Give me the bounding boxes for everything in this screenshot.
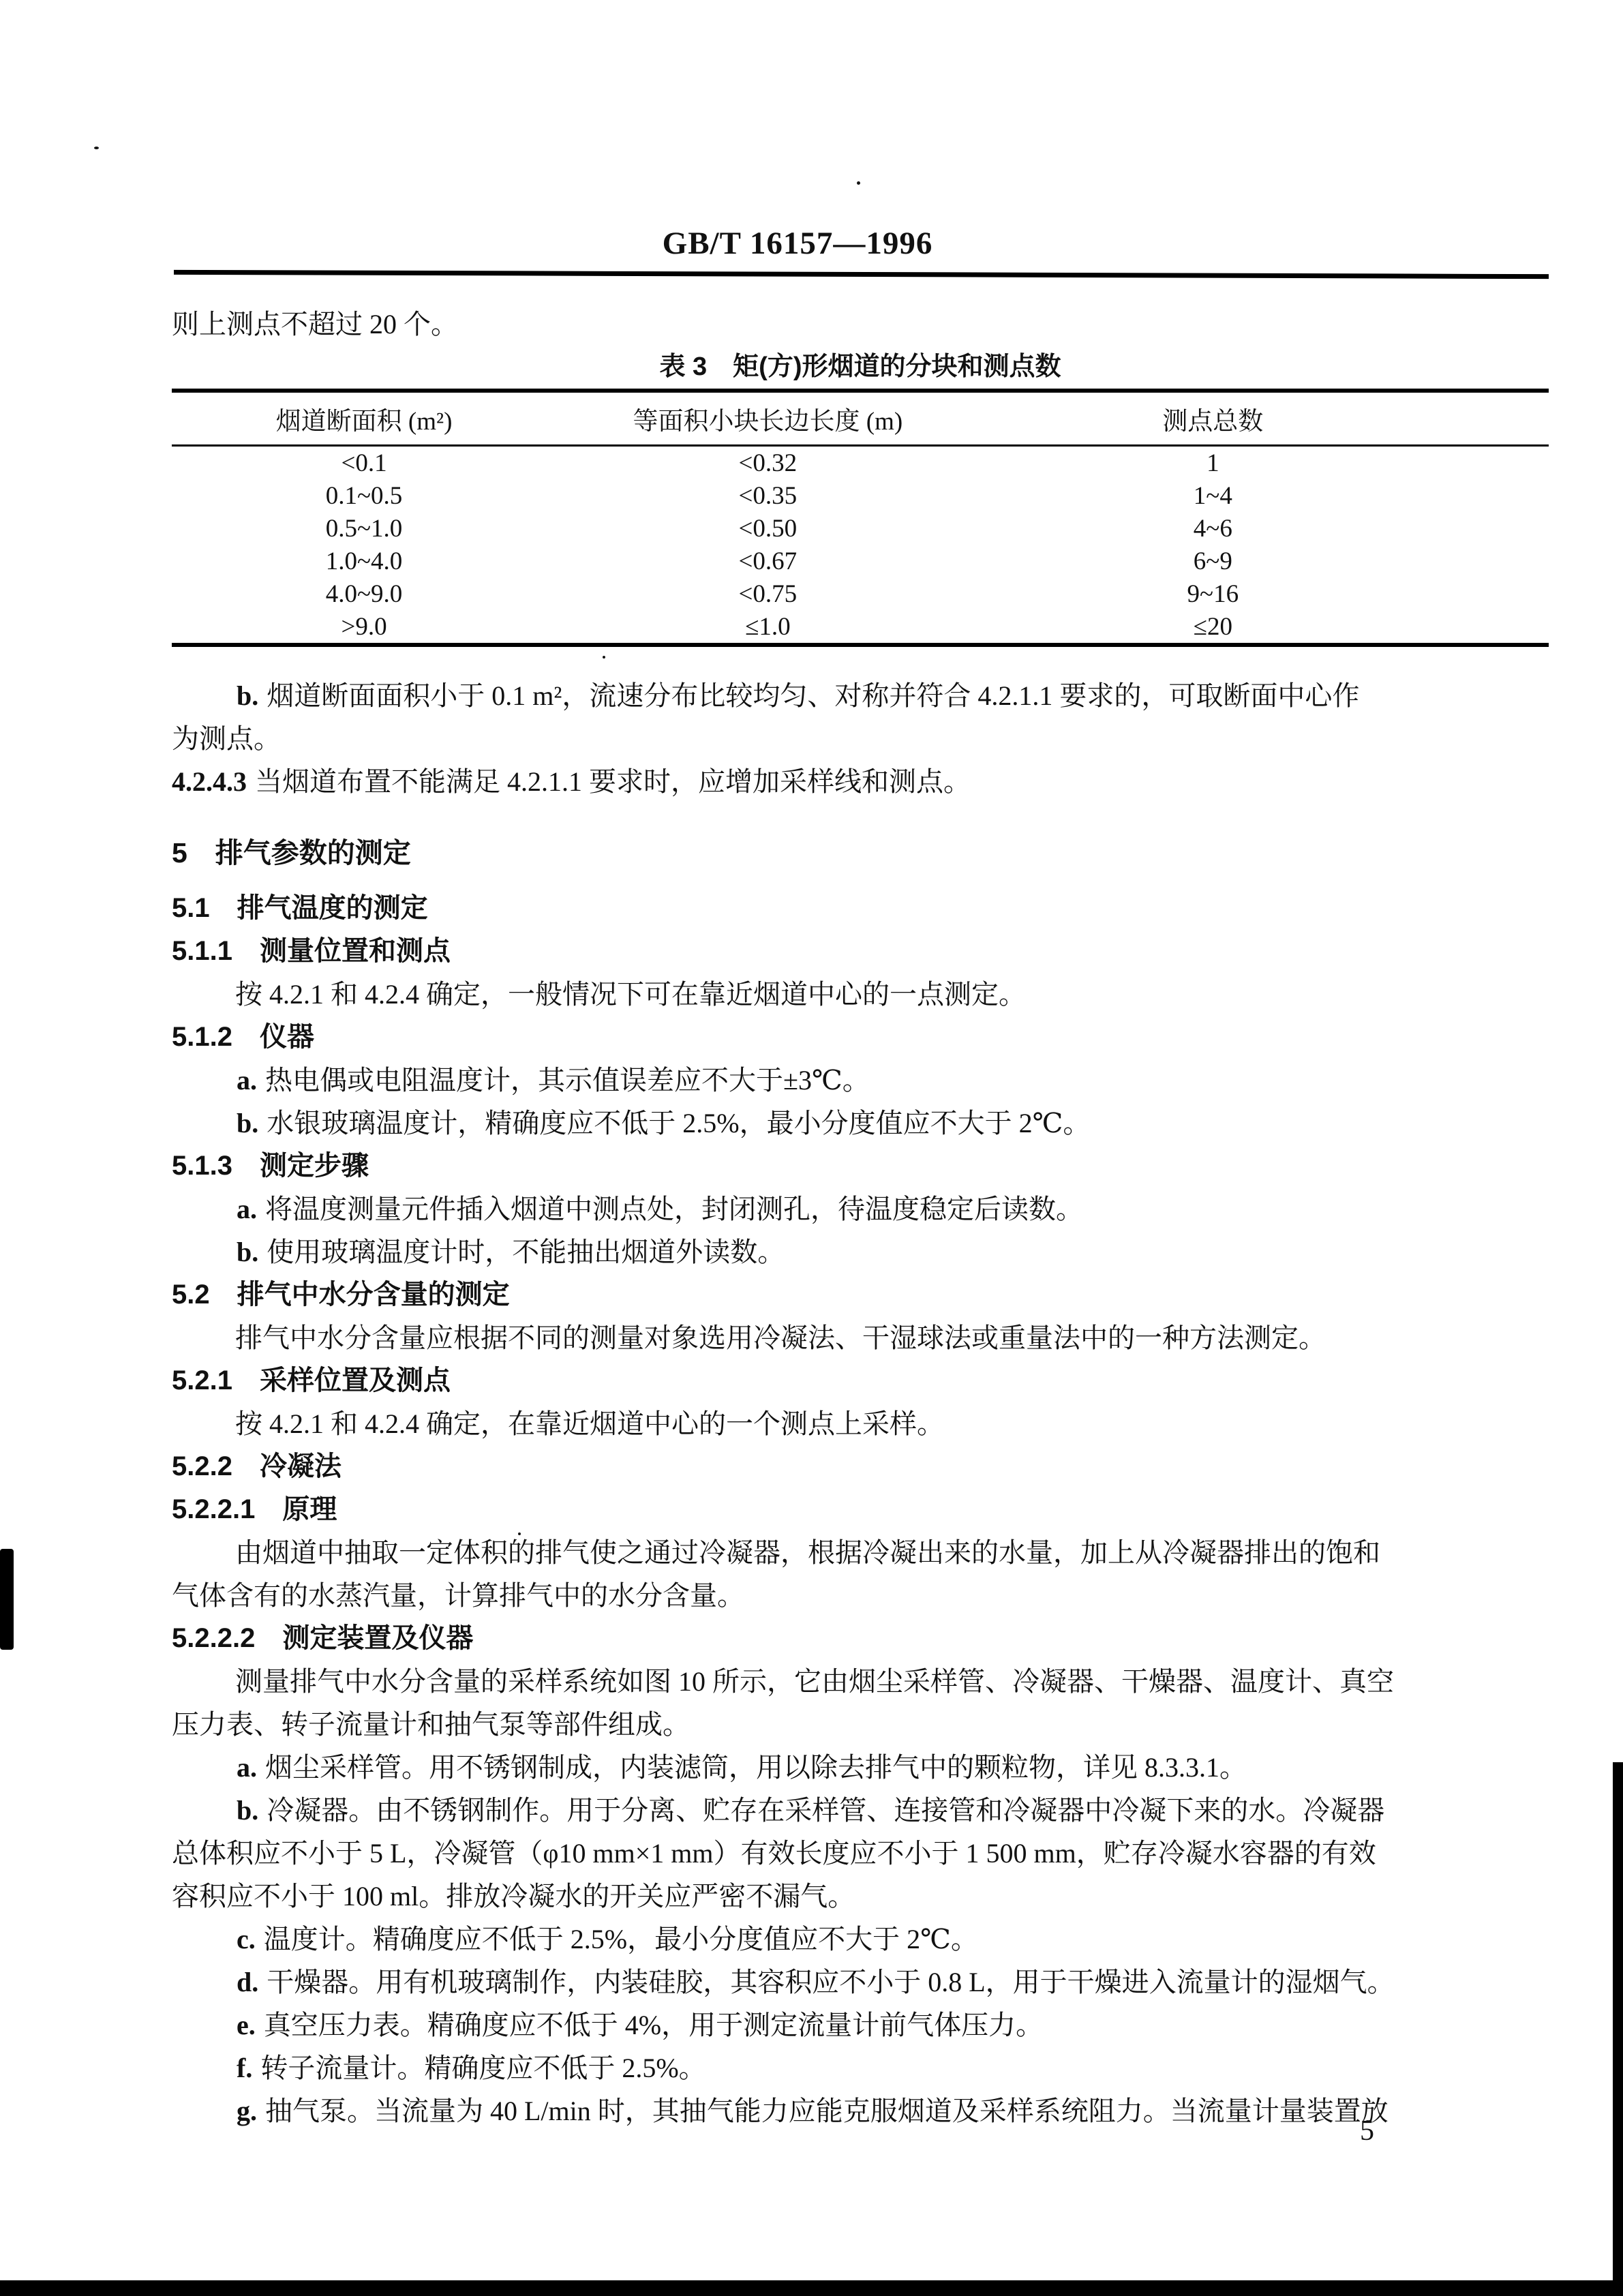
header-rule	[174, 270, 1549, 279]
standard-number-header: GB/T 16157—1996	[0, 225, 1595, 262]
text-run: 5.2.2.2 测定装置及仪器	[172, 1623, 473, 1653]
scan-speck	[94, 147, 99, 149]
text-line: 总体积应不小于 5 L，冷凝管（φ10 mm×1 mm）有效长度应不小于 1 5…	[172, 1832, 1549, 1875]
text-line: 容积应不小于 100 ml。排放冷凝水的开关应严密不漏气。	[172, 1875, 1549, 1918]
clause-label: g.	[237, 2096, 257, 2126]
table-cell: 9~16	[980, 577, 1549, 610]
table-cell: 1	[980, 446, 1549, 480]
clause-label: 4.2.4.3	[172, 766, 247, 797]
text-line: 5.2.1 采样位置及测点	[172, 1359, 1549, 1402]
text-run: 转子流量计。精确度应不低于 2.5%。	[260, 2053, 706, 2083]
text-line: e.真空压力表。精确度应不低于 4%，用于测定流量计前气体压力。	[172, 2004, 1549, 2046]
text-run: 5.1.1 测量位置和测点	[172, 936, 451, 966]
text-line: b.水银玻璃温度计，精确度应不低于 2.5%，最小分度值应不大于 2℃。	[172, 1102, 1549, 1145]
text-run: 按 4.2.1 和 4.2.4 确定，在靠近烟道中心的一个测点上采样。	[235, 1408, 944, 1439]
text-run: 则上测点不超过 20 个。	[172, 309, 458, 339]
pre-table-text: 则上测点不超过 20 个。	[172, 303, 1549, 346]
scan-artifact-bottom-bar	[0, 2280, 1623, 2296]
text-run: 干燥器。用有机玻璃制作，内装硅胶，其容积应不小于 0.8 L，用于干燥进入流量计…	[267, 1967, 1394, 1997]
text-line: c.温度计。精确度应不低于 2.5%，最小分度值应不大于 2℃。	[172, 1918, 1549, 1961]
text-run: 由烟道中抽取一定体积的排气使之通过冷凝器，根据冷凝出来的水量，加上从冷凝器排出的…	[235, 1537, 1380, 1568]
measurement-points-table: 烟道断面积 (m²)等面积小块长边长度 (m)测点总数 <0.1<0.3210.…	[172, 389, 1549, 647]
table-cell: 4~6	[980, 512, 1549, 545]
text-run: 烟道断面面积小于 0.1 m²，流速分布比较均匀、对称并符合 4.2.1.1 要…	[267, 680, 1359, 711]
clause-label: a.	[237, 1065, 257, 1096]
table-body: <0.1<0.3210.1~0.5<0.351~40.5~1.0<0.504~6…	[172, 446, 1549, 646]
table-header-row: 烟道断面积 (m²)等面积小块长边长度 (m)测点总数	[172, 391, 1549, 446]
scan-artifact-right-bar	[1613, 1762, 1623, 2296]
text-line: 5.2.2.2 测定装置及仪器	[172, 1617, 1549, 1660]
clause-label: a.	[237, 1194, 257, 1224]
text-run: 5.2 排气中水分含量的测定	[172, 1280, 510, 1310]
text-run: 5 排气参数的测定	[172, 837, 411, 868]
text-run: 使用玻璃温度计时，不能抽出烟道外读数。	[267, 1237, 785, 1267]
text-run: 5.1.3 测定步骤	[172, 1151, 369, 1181]
table-cell: <0.35	[556, 479, 980, 512]
text-line: 5.2.2.1 原理	[172, 1488, 1549, 1531]
text-line: 5.2.2 冷凝法	[172, 1445, 1549, 1488]
text-run: 5.1 排气温度的测定	[172, 893, 428, 923]
clause-label: d.	[237, 1967, 258, 1997]
scan-speck	[769, 992, 772, 995]
text-run: 抽气泵。当流量为 40 L/min 时，其抽气能力应能克服烟道及采样系统阻力。当…	[265, 2096, 1389, 2126]
text-line: b.冷凝器。由不锈钢制作。用于分离、贮存在采样管、连接管和冷凝器中冷凝下来的水。…	[172, 1789, 1549, 1832]
scanned-standard-page: GB/T 16157—1996 则上测点不超过 20 个。 表 3 矩(方)形烟…	[0, 0, 1623, 2296]
text-run: 按 4.2.1 和 4.2.4 确定，一般情况下可在靠近烟道中心的一点测定。	[235, 979, 1026, 1010]
table-caption: 表 3 矩(方)形烟道的分块和测点数	[172, 346, 1549, 389]
text-line: b.烟道断面面积小于 0.1 m²，流速分布比较均匀、对称并符合 4.2.1.1…	[172, 674, 1549, 717]
page-number: 5	[1360, 2115, 1374, 2147]
text-line: 5.1.2 仪器	[172, 1016, 1549, 1059]
text-line: 5.2 排气中水分含量的测定	[172, 1273, 1549, 1316]
text-run: 气体含有的水蒸汽量，计算排气中的水分含量。	[172, 1580, 744, 1611]
text-run: 容积应不小于 100 ml。排放冷凝水的开关应严密不漏气。	[172, 1881, 855, 1912]
page-body: 则上测点不超过 20 个。 表 3 矩(方)形烟道的分块和测点数 烟道断面积 (…	[172, 293, 1549, 2132]
scan-speck	[603, 656, 605, 659]
text-line: g.抽气泵。当流量为 40 L/min 时，其抽气能力应能克服烟道及采样系统阻力…	[172, 2089, 1549, 2132]
text-line: 5.1.3 测定步骤	[172, 1145, 1549, 1188]
text-line: 按 4.2.1 和 4.2.4 确定，一般情况下可在靠近烟道中心的一点测定。	[172, 973, 1549, 1016]
text-run: 为测点。	[172, 723, 281, 754]
text-line: a.将温度测量元件插入烟道中测点处，封闭测孔，待温度稳定后读数。	[172, 1188, 1549, 1230]
post-table-text: b.烟道断面面积小于 0.1 m²，流速分布比较均匀、对称并符合 4.2.1.1…	[172, 674, 1549, 2132]
text-run: 热电偶或电阻温度计，其示值误差应不大于±3℃。	[265, 1065, 870, 1096]
clause-label: c.	[237, 1924, 256, 1954]
text-run: 总体积应不小于 5 L，冷凝管（φ10 mm×1 mm）有效长度应不小于 1 5…	[172, 1838, 1376, 1869]
table-cell: 1.0~4.0	[172, 545, 556, 577]
text-line: 排气中水分含量应根据不同的测量对象选用冷凝法、干湿球法或重量法中的一种方法测定。	[172, 1316, 1549, 1359]
text-line: 由烟道中抽取一定体积的排气使之通过冷凝器，根据冷凝出来的水量，加上从冷凝器排出的…	[172, 1531, 1549, 1574]
text-run: 真空压力表。精确度应不低于 4%，用于测定流量计前气体压力。	[264, 2010, 1043, 2040]
table-row: 4.0~9.0<0.759~16	[172, 577, 1549, 610]
table-cell: 6~9	[980, 545, 1549, 577]
table-row: <0.1<0.321	[172, 446, 1549, 480]
table-row: 0.5~1.0<0.504~6	[172, 512, 1549, 545]
text-line: b.使用玻璃温度计时，不能抽出烟道外读数。	[172, 1230, 1549, 1273]
table-column-header: 烟道断面积 (m²)	[172, 391, 556, 446]
text-run: 5.1.2 仪器	[172, 1022, 314, 1052]
table-cell: <0.67	[556, 545, 980, 577]
table-column-header: 测点总数	[980, 391, 1549, 446]
scan-speck	[518, 1532, 521, 1535]
table-cell: <0.50	[556, 512, 980, 545]
text-line: f.转子流量计。精确度应不低于 2.5%。	[172, 2046, 1549, 2089]
text-line: 压力表、转子流量计和抽气泵等部件组成。	[172, 1703, 1549, 1746]
table-cell: 1~4	[980, 479, 1549, 512]
table-header: 烟道断面积 (m²)等面积小块长边长度 (m)测点总数	[172, 391, 1549, 446]
text-run: 5.2.2.1 原理	[172, 1494, 337, 1524]
text-run: 当烟道布置不能满足 4.2.1.1 要求时，应增加采样线和测点。	[255, 766, 971, 797]
text-line: 气体含有的水蒸汽量，计算排气中的水分含量。	[172, 1574, 1549, 1617]
text-line: a.热电偶或电阻温度计，其示值误差应不大于±3℃。	[172, 1059, 1549, 1102]
table-row: 1.0~4.0<0.676~9	[172, 545, 1549, 577]
table-column-header: 等面积小块长边长度 (m)	[556, 391, 980, 446]
text-line: 按 4.2.1 和 4.2.4 确定，在靠近烟道中心的一个测点上采样。	[172, 1402, 1549, 1445]
text-line: 5.1 排气温度的测定	[172, 887, 1549, 930]
table-row: 0.1~0.5<0.351~4	[172, 479, 1549, 512]
text-run: 将温度测量元件插入烟道中测点处，封闭测孔，待温度稳定后读数。	[265, 1194, 1083, 1224]
text-run: 温度计。精确度应不低于 2.5%，最小分度值应不大于 2℃。	[264, 1924, 978, 1954]
text-run: 5.2.1 采样位置及测点	[172, 1365, 451, 1395]
table-cell: ≤1.0	[556, 610, 980, 645]
text-run: 水银玻璃温度计，精确度应不低于 2.5%，最小分度值应不大于 2℃。	[267, 1108, 1090, 1138]
clause-label: f.	[237, 2053, 252, 2083]
text-line: a.烟尘采样管。用不锈钢制成，内装滤筒，用以除去排气中的颗粒物，详见 8.3.3…	[172, 1746, 1549, 1789]
table-row: >9.0≤1.0≤20	[172, 610, 1549, 645]
table-cell: <0.1	[172, 446, 556, 480]
table-cell: 4.0~9.0	[172, 577, 556, 610]
text-line: 为测点。	[172, 717, 1549, 760]
table-cell: ≤20	[980, 610, 1549, 645]
clause-label: e.	[237, 2010, 256, 2040]
text-line: 4.2.4.3当烟道布置不能满足 4.2.1.1 要求时，应增加采样线和测点。	[172, 760, 1549, 803]
scan-artifact-left-mark	[0, 1549, 14, 1650]
clause-label: a.	[237, 1752, 257, 1783]
text-run: 5.2.2 冷凝法	[172, 1451, 342, 1481]
text-line: 5 排气参数的测定	[172, 832, 1549, 875]
text-run: 测量排气中水分含量的采样系统如图 10 所示，它由烟尘采样管、冷凝器、干燥器、温…	[235, 1666, 1394, 1697]
clause-label: b.	[237, 1795, 258, 1826]
text-line: 测量排气中水分含量的采样系统如图 10 所示，它由烟尘采样管、冷凝器、干燥器、温…	[172, 1660, 1549, 1703]
table-cell: 0.1~0.5	[172, 479, 556, 512]
table-cell: 0.5~1.0	[172, 512, 556, 545]
text-line: d.干燥器。用有机玻璃制作，内装硅胶，其容积应不小于 0.8 L，用于干燥进入流…	[172, 1961, 1549, 2004]
text-line: 5.1.1 测量位置和测点	[172, 930, 1549, 973]
table-cell: <0.75	[556, 577, 980, 610]
table-cell: <0.32	[556, 446, 980, 480]
text-line: 则上测点不超过 20 个。	[172, 303, 1549, 346]
scan-speck	[857, 181, 860, 185]
clause-label: b.	[237, 680, 258, 711]
table-cell: >9.0	[172, 610, 556, 645]
text-run: 排气中水分含量应根据不同的测量对象选用冷凝法、干湿球法或重量法中的一种方法测定。	[235, 1323, 1326, 1353]
text-run: 压力表、转子流量计和抽气泵等部件组成。	[172, 1709, 690, 1740]
text-run: 烟尘采样管。用不锈钢制成，内装滤筒，用以除去排气中的颗粒物，详见 8.3.3.1…	[265, 1752, 1247, 1783]
clause-label: b.	[237, 1108, 258, 1138]
clause-label: b.	[237, 1237, 258, 1267]
text-run: 冷凝器。由不锈钢制作。用于分离、贮存在采样管、连接管和冷凝器中冷凝下来的水。冷凝…	[267, 1795, 1384, 1826]
